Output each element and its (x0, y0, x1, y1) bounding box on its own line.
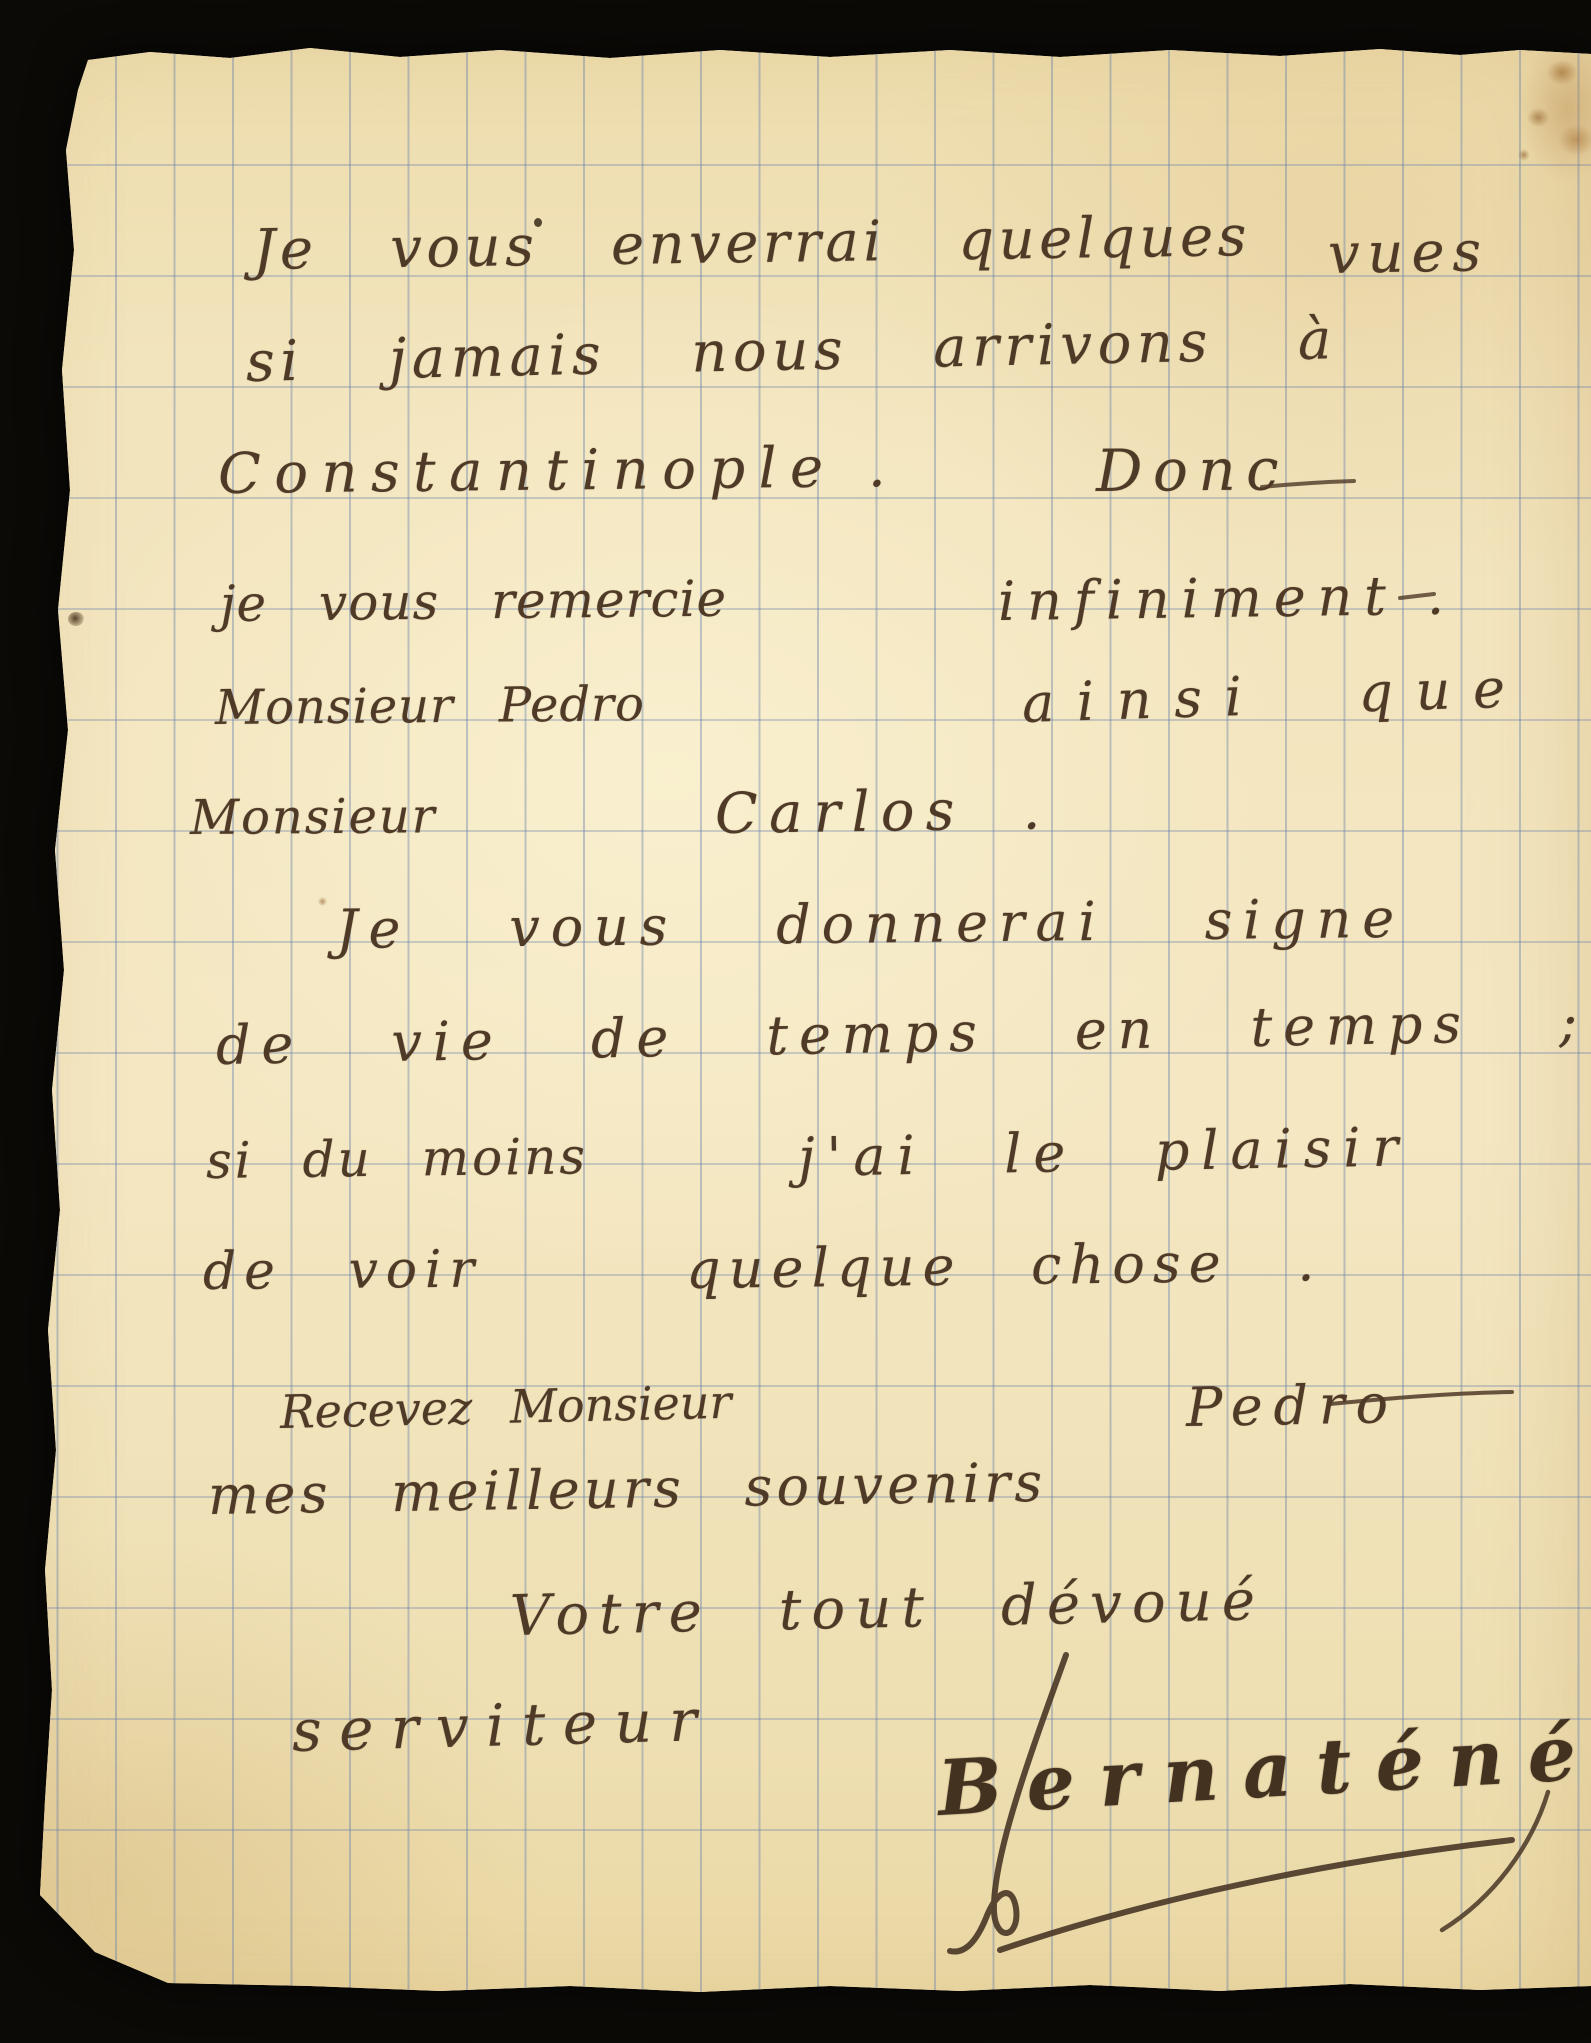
handwritten-line: Je vous enverrai quelques (253, 204, 1252, 283)
handwritten-line: Donc (1096, 436, 1290, 506)
handwritten-line: Monsieur Pedro (215, 676, 645, 736)
ink-spot (68, 612, 84, 626)
handwritten-line: Monsieur (190, 788, 437, 846)
handwritten-line: Recevez Monsieur (279, 1376, 732, 1440)
handwritten-line: serviteur (291, 1687, 715, 1766)
handwritten-line: Carlos . (715, 777, 1052, 847)
handwritten-line: je vous remercie (220, 570, 728, 634)
handwritten-line: Constantinople . (218, 435, 900, 508)
handwritten-line: de voir (203, 1240, 482, 1303)
handwritten-line: vues (1327, 219, 1489, 287)
scanned-letter-stage: Je vous enverrai quelques vues si jamais… (0, 0, 1591, 2043)
handwritten-line: Je vous donnerai signe (336, 887, 1406, 961)
handwritten-line: Pedro (1185, 1372, 1399, 1439)
handwritten-line: si du moins (206, 1127, 589, 1190)
handwritten-line: j'ai le plaisir (797, 1115, 1410, 1189)
paper-shadow-wrap: Je vous enverrai quelques vues si jamais… (0, 0, 1591, 2043)
handwritten-line: infiniment . (998, 564, 1457, 634)
foxing-spot (318, 897, 327, 906)
handwritten-line: quelque chose . (686, 1230, 1323, 1301)
handwritten-line: mes meilleurs souvenirs (208, 1451, 1047, 1527)
letter-page: Je vous enverrai quelques vues si jamais… (0, 0, 1591, 2043)
corner-stain (1495, 35, 1591, 185)
